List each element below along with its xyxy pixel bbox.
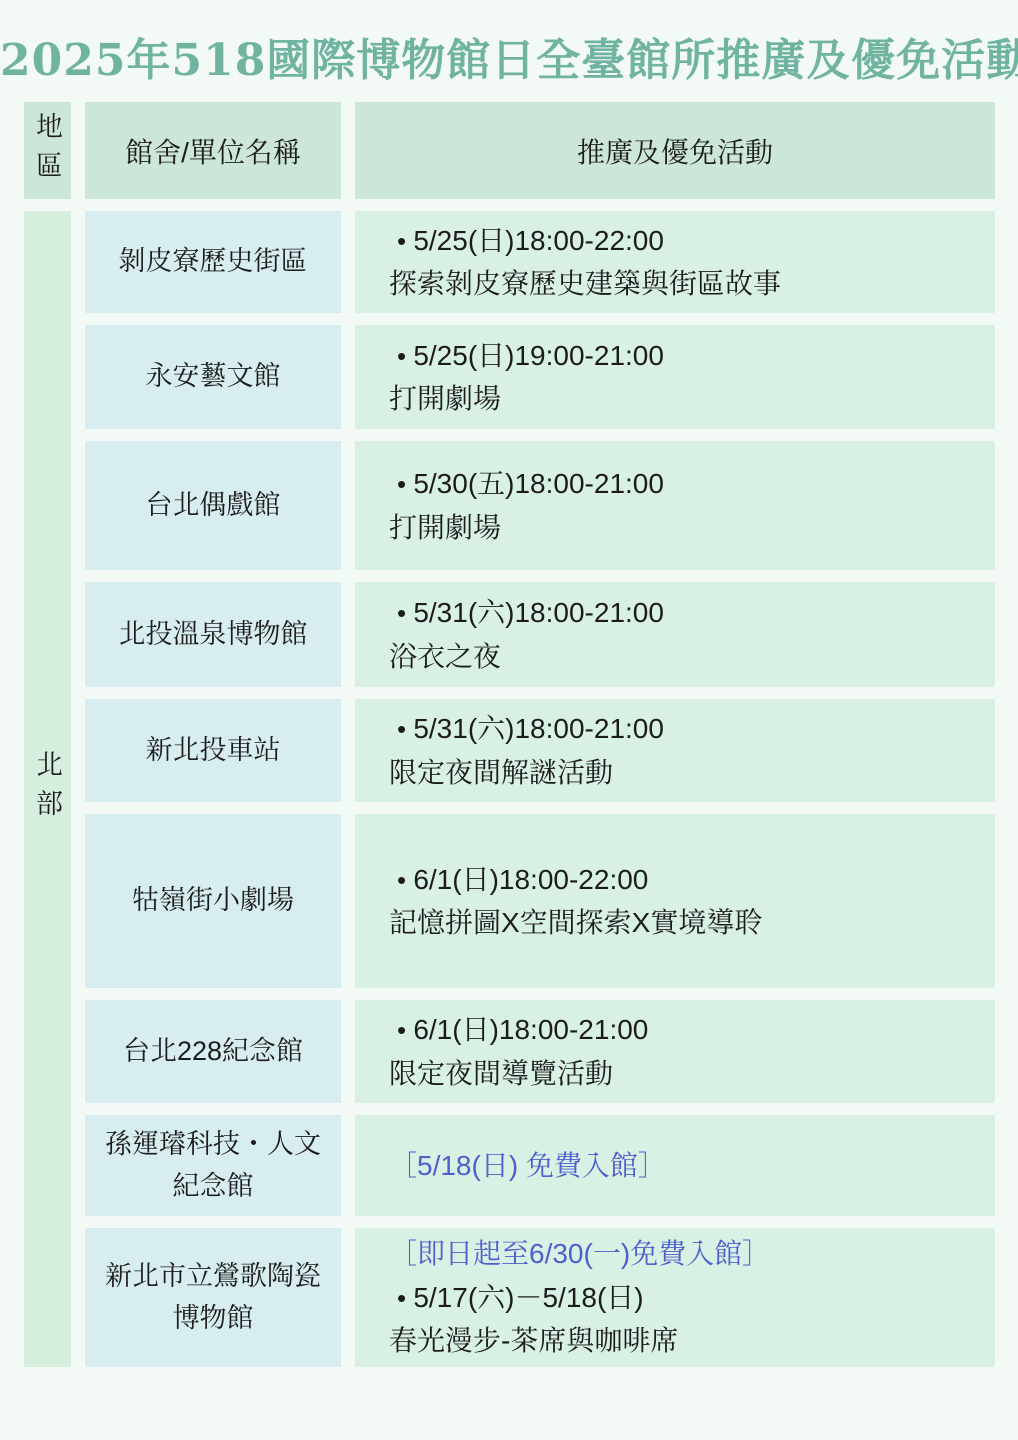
header-cell-activity: 推廣及優免活動 [355,102,995,199]
region-group-cell: 北部 [24,211,71,1367]
activity-line: • 5/25(日)18:00-22:00 [389,219,664,262]
bullet-icon: • [397,598,413,628]
activity-cell: ［即日起至6/30(一)免費入館］• 5/17(六)－5/18(日)春光漫步-茶… [355,1228,995,1367]
activity-line: • 5/31(六)18:00-21:00 [389,707,664,750]
activity-line: • 5/25(日)19:00-21:00 [389,334,664,377]
activity-text: 6/1(日)18:00-22:00 [413,864,648,895]
activity-line: • 6/1(日)18:00-21:00 [389,1008,648,1051]
bullet-icon: • [397,1283,413,1313]
activity-cell: • 5/31(六)18:00-21:00限定夜間解謎活動 [355,699,995,802]
header-cell-venue: 館舍/單位名稱 [85,102,341,199]
activity-line: • 5/31(六)18:00-21:00 [389,591,664,634]
activity-line: • 5/30(五)18:00-21:00 [389,462,664,505]
free-admission-note: ［5/18(日) 免費入館］ [389,1144,666,1187]
venue-cell: 剝皮寮歷史街區 [85,211,341,313]
page-title: 2025年518國際博物館日全臺館所推廣及優免活動一覽 [0,0,1018,88]
bullet-icon: • [397,865,413,895]
bullet-icon: • [397,469,413,499]
venue-cell: 台北偶戲館 [85,441,341,570]
activity-line: 限定夜間解謎活動 [389,751,613,794]
activity-text: 5/31(六)18:00-21:00 [413,597,664,628]
activity-line: 限定夜間導覽活動 [389,1052,613,1095]
bullet-icon: • [397,714,413,744]
activity-text: 6/1(日)18:00-21:00 [413,1014,648,1045]
activity-line: 探索剝皮寮歷史建築與街區故事 [389,262,781,305]
activity-text: 5/25(日)18:00-22:00 [413,225,664,256]
activity-line: • 6/1(日)18:00-22:00 [389,858,648,901]
events-table: 地區 館舍/單位名稱 推廣及優免活動 北部 剝皮寮歷史街區• 5/25(日)18… [24,102,995,1367]
venue-cell: 北投溫泉博物館 [85,582,341,687]
activity-cell: ［5/18(日) 免費入館］ [355,1115,995,1216]
activity-cell: • 5/25(日)18:00-22:00探索剝皮寮歷史建築與街區故事 [355,211,995,313]
activity-text: 5/30(五)18:00-21:00 [413,468,664,499]
activity-line: 記憶拼圖X空間探索X實境導聆 [389,901,762,944]
venue-cell: 孫運璿科技・人文紀念館 [85,1115,341,1216]
activity-text: 5/31(六)18:00-21:00 [413,713,664,744]
activity-line: 浴衣之夜 [389,635,501,678]
bullet-icon: • [397,341,413,371]
header-cell-region: 地區 [24,102,71,199]
venue-cell: 新北投車站 [85,699,341,802]
activity-text: 5/17(六)－5/18(日) [413,1282,643,1313]
page: 2025年518國際博物館日全臺館所推廣及優免活動一覽 地區 館舍/單位名稱 推… [0,0,1018,1440]
activity-cell: • 6/1(日)18:00-22:00記憶拼圖X空間探索X實境導聆 [355,814,995,988]
activity-line: 打開劇場 [389,506,501,549]
activity-line: 春光漫步-茶席與咖啡席 [389,1319,678,1362]
activity-line: 打開劇場 [389,377,501,420]
free-admission-note: ［即日起至6/30(一)免費入館］ [389,1232,770,1275]
venue-cell: 牯嶺街小劇場 [85,814,341,988]
bullet-icon: • [397,226,413,256]
activity-cell: • 5/25(日)19:00-21:00打開劇場 [355,325,995,429]
activity-text: 5/25(日)19:00-21:00 [413,340,664,371]
activity-line: • 5/17(六)－5/18(日) [389,1276,644,1319]
activity-cell: • 6/1(日)18:00-21:00限定夜間導覽活動 [355,1000,995,1103]
activity-cell: • 5/31(六)18:00-21:00浴衣之夜 [355,582,995,687]
venue-cell: 永安藝文館 [85,325,341,429]
venue-cell: 新北市立鶯歌陶瓷博物館 [85,1228,341,1367]
activity-cell: • 5/30(五)18:00-21:00打開劇場 [355,441,995,570]
venue-cell: 台北228紀念館 [85,1000,341,1103]
bullet-icon: • [397,1015,413,1045]
